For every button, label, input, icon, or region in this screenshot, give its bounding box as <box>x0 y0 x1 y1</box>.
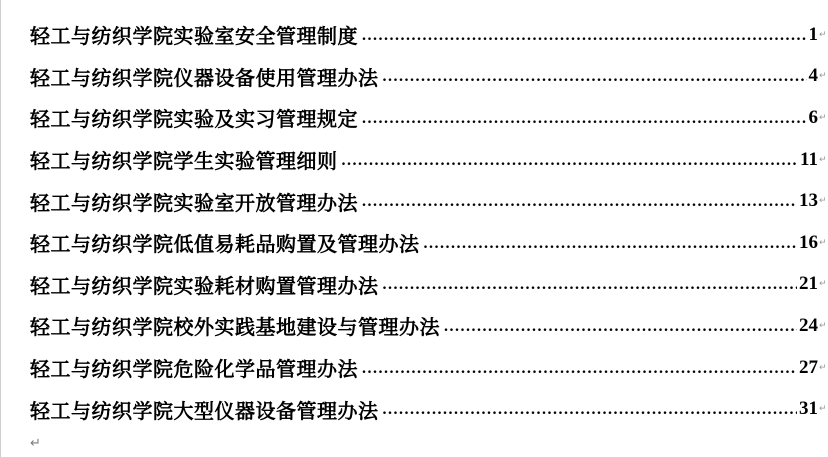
toc-dot-leader: ........................................… <box>424 235 798 253</box>
return-mark-icon: ↵ <box>819 321 826 331</box>
return-mark-icon: ↵ <box>819 113 826 123</box>
document-page: 轻工与纺织学院实验室安全管理制度 .......................… <box>0 0 828 457</box>
toc-page-number: 6 <box>809 107 819 129</box>
toc-page-number: 21 <box>799 273 818 295</box>
paragraph-mark-icon: ↵ <box>30 436 41 451</box>
toc-entry-title: 轻工与纺织学院实验室安全管理制度 <box>30 20 358 49</box>
toc-entry-title: 轻工与纺织学院实验及实习管理规定 <box>30 103 358 132</box>
toc-entry[interactable]: 轻工与纺织学院实验耗材购置管理办法 ......................… <box>30 264 826 306</box>
table-of-contents: 轻工与纺织学院实验室安全管理制度 .......................… <box>30 14 826 430</box>
toc-page-number: 27 <box>799 357 818 379</box>
toc-page-number: 13 <box>799 190 818 212</box>
toc-dot-leader: ........................................… <box>383 68 807 86</box>
toc-entry-title: 轻工与纺织学院仪器设备使用管理办法 <box>30 62 379 91</box>
toc-entry-title: 轻工与纺织学院大型仪器设备管理办法 <box>30 395 379 424</box>
return-mark-icon: ↵ <box>819 155 826 165</box>
toc-entry-title: 轻工与纺织学院危险化学品管理办法 <box>30 353 358 382</box>
toc-entry-title: 轻工与纺织学院低值易耗品购置及管理办法 <box>30 228 420 257</box>
toc-entry-title: 轻工与纺织学院实验室开放管理办法 <box>30 187 358 216</box>
return-mark-icon: ↵ <box>819 30 826 40</box>
toc-dot-leader: ........................................… <box>342 152 799 170</box>
toc-page-number: 16 <box>799 232 818 254</box>
toc-entry[interactable]: 轻工与纺织学院危险化学品管理办法 .......................… <box>30 347 826 389</box>
return-mark-icon: ↵ <box>819 71 826 81</box>
toc-dot-leader: ........................................… <box>444 318 797 336</box>
toc-entry-title: 轻工与纺织学院实验耗材购置管理办法 <box>30 270 379 299</box>
return-mark-icon: ↵ <box>819 363 826 373</box>
toc-entry[interactable]: 轻工与纺织学院仪器设备使用管理办法 ......................… <box>30 56 826 98</box>
toc-entry[interactable]: 轻工与纺织学院实验室开放管理办法 .......................… <box>30 180 826 222</box>
toc-entry[interactable]: 轻工与纺织学院实验室安全管理制度 .......................… <box>30 14 826 56</box>
toc-page-number: 24 <box>799 315 818 337</box>
return-mark-icon: ↵ <box>819 279 826 289</box>
toc-dot-leader: ........................................… <box>362 193 797 211</box>
toc-page-number: 4 <box>809 65 819 87</box>
toc-entry-title: 轻工与纺织学院校外实践基地建设与管理办法 <box>30 311 440 340</box>
toc-dot-leader: ........................................… <box>362 27 807 45</box>
return-mark-icon: ↵ <box>819 404 826 414</box>
toc-dot-leader: ........................................… <box>383 401 798 419</box>
toc-dot-leader: ........................................… <box>362 110 807 128</box>
return-mark-icon: ↵ <box>819 196 826 206</box>
toc-entry[interactable]: 轻工与纺织学院学生实验管理细则 ........................… <box>30 139 826 181</box>
toc-entry-title: 轻工与纺织学院学生实验管理细则 <box>30 145 338 174</box>
toc-dot-leader: ........................................… <box>383 276 798 294</box>
toc-entry[interactable]: 轻工与纺织学院低值易耗品购置及管理办法 ....................… <box>30 222 826 264</box>
toc-page-number: 1 <box>809 24 819 46</box>
return-mark-icon: ↵ <box>819 238 826 248</box>
toc-page-number: 31 <box>799 398 818 420</box>
toc-entry[interactable]: 轻工与纺织学院校外实践基地建设与管理办法 ...................… <box>30 305 826 347</box>
toc-entry[interactable]: 轻工与纺织学院大型仪器设备管理办法 ......................… <box>30 388 826 430</box>
toc-page-number: 11 <box>800 149 818 171</box>
toc-dot-leader: ........................................… <box>362 360 797 378</box>
toc-entry[interactable]: 轻工与纺织学院实验及实习管理规定 .......................… <box>30 97 826 139</box>
